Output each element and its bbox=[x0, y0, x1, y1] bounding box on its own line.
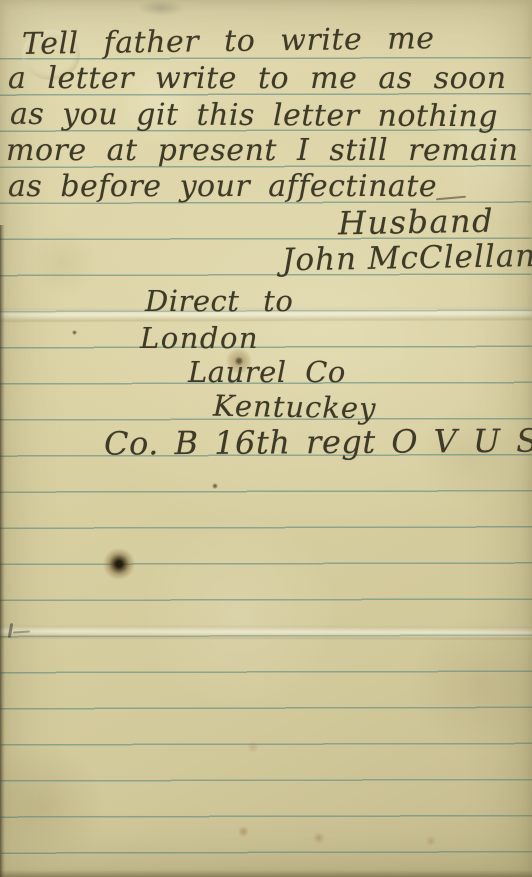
paper-stain bbox=[247, 741, 259, 753]
letter-page: Tell father to write me a letter write t… bbox=[0, 0, 532, 877]
handwriting-line-london: London bbox=[140, 324, 259, 353]
handwriting-line-laurel-co: Laurel Co bbox=[188, 358, 346, 387]
ink-blot bbox=[103, 548, 135, 580]
paper-smudge bbox=[138, 0, 184, 16]
handwriting-line-direct-to: Direct to bbox=[145, 287, 293, 316]
pen-mark bbox=[8, 623, 14, 638]
pen-flourish-mark bbox=[436, 196, 466, 201]
handwriting-line-kentuckey: Kentuckey bbox=[213, 392, 377, 424]
scan-edge-shadow-bottom bbox=[0, 870, 532, 877]
paper-stain bbox=[313, 832, 325, 844]
scan-edge-shadow-left bbox=[0, 225, 5, 877]
handwriting-line-2: a letter write to me as soon bbox=[8, 64, 507, 94]
ink-speck bbox=[212, 483, 218, 489]
handwriting-line-husband: Husband bbox=[338, 205, 495, 240]
paper-stain bbox=[238, 826, 249, 837]
handwriting-line-5: as before your affectinate bbox=[8, 172, 437, 202]
pen-mark bbox=[13, 630, 30, 633]
handwriting-line-3: as you git this letter nothing bbox=[10, 100, 498, 133]
paper-stain bbox=[426, 836, 436, 846]
ink-speck bbox=[72, 330, 77, 335]
paper-crease-lower bbox=[0, 625, 532, 639]
handwriting-line-signature: John McClelland bbox=[282, 241, 532, 277]
handwriting-line-4: more at present I still remain bbox=[6, 136, 518, 166]
handwriting-line-1: Tell father to write me bbox=[22, 24, 435, 60]
handwriting-line-regiment: Co. B 16th regt O V U S A bbox=[104, 424, 532, 459]
